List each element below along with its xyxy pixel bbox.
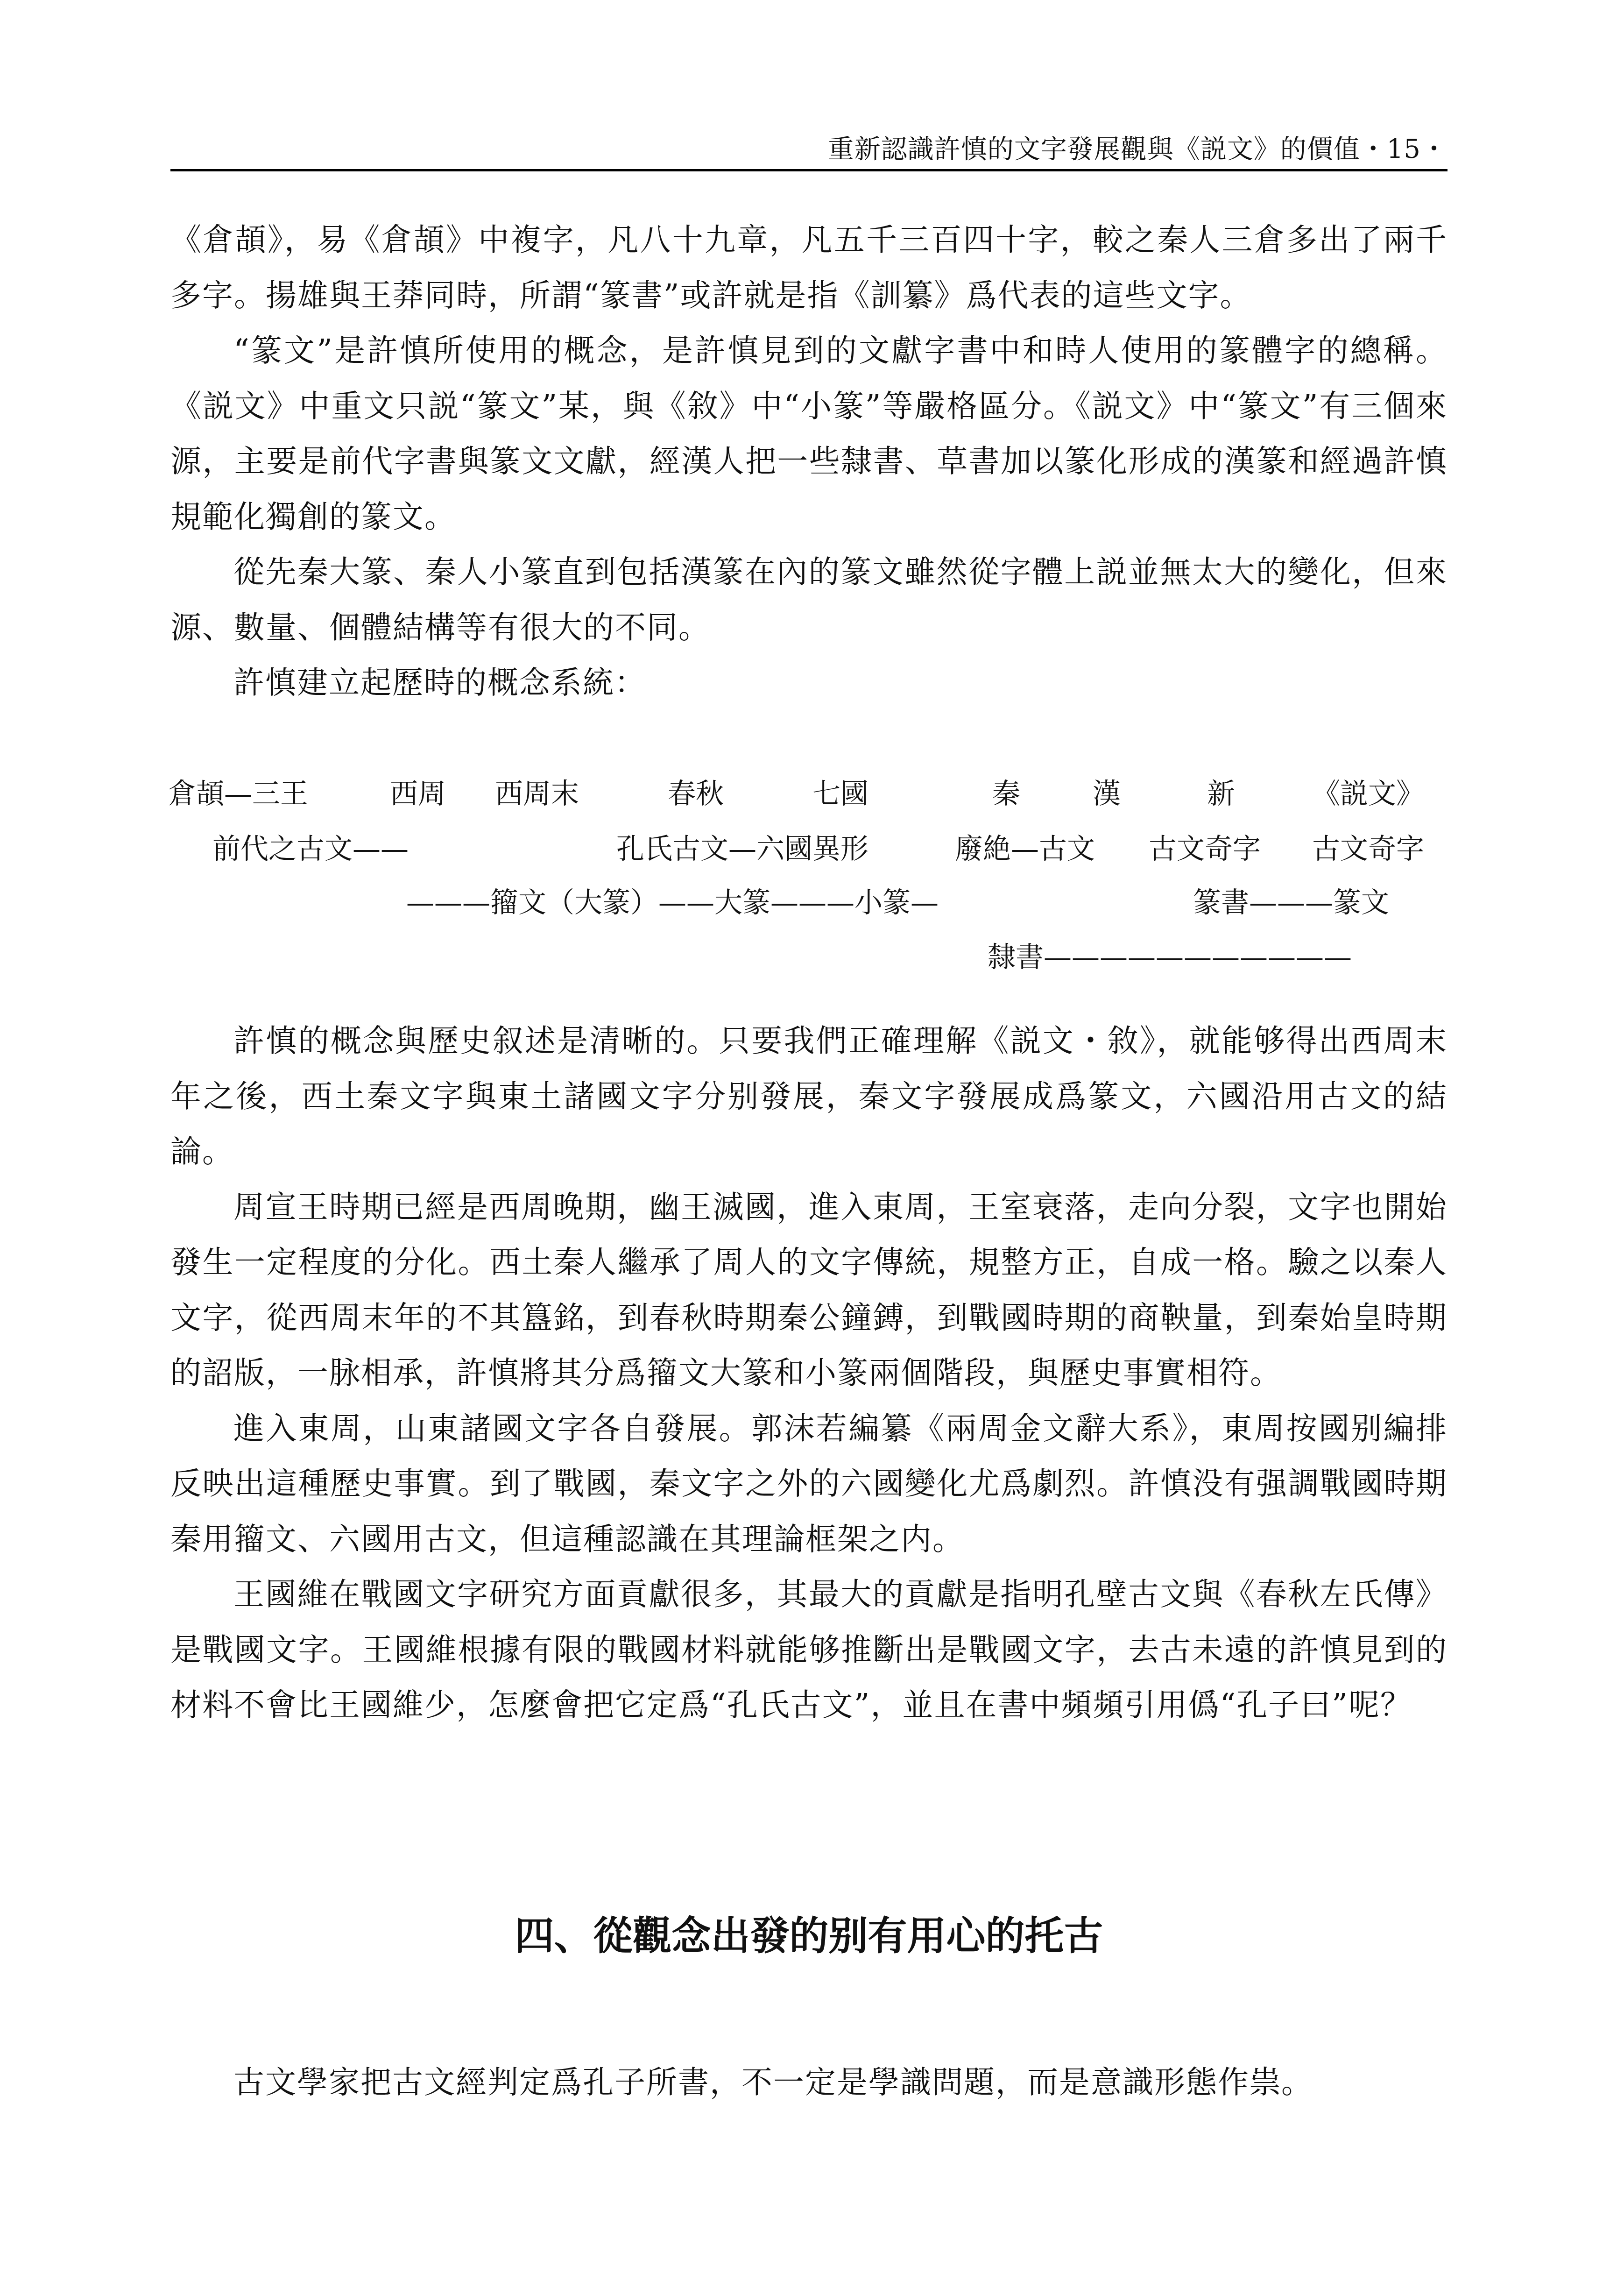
diagram-row3-item: ———籀文（大篆）——大篆———小篆— <box>406 884 939 921</box>
diagram-row1-item: 新 <box>1207 775 1235 813</box>
diagram-row1-item: 西周末 <box>495 775 579 813</box>
diagram-row2-item: 古文奇字 <box>1149 830 1261 868</box>
diagram-row4-item: 隸書——————————— <box>988 939 1352 976</box>
diagram-row1-item: 西周 <box>390 775 446 813</box>
paragraph: 進入東周，山東諸國文字各自發展。郭沫若編纂《兩周金文辭大系》，東周按國别編排反映… <box>170 1401 1447 1567</box>
diagram-row2-item: 孔氏古文—六國異形 <box>616 830 868 868</box>
diagram-row1-item: 《説文》 <box>1312 775 1424 813</box>
diagram-row2-item: 前代之古文—— <box>212 830 409 868</box>
body-top: 《倉頡》，易《倉頡》中複字，凡八十九章，凡五千三百四十字，較之秦人三倉多出了兩千… <box>170 212 1447 711</box>
running-header: 重新認識許慎的文字發展觀與《説文》的價值・15・ <box>170 131 1447 168</box>
diagram-row1-item: 倉頡—三王 <box>168 775 308 813</box>
diagram-row1-item: 春秋 <box>668 775 724 813</box>
section-first-paragraph: 古文學家把古文經判定爲孔子所書，不一定是學識問題，而是意識形態作祟。 <box>170 2055 1447 2111</box>
diagram-row1-item: 秦 <box>992 775 1020 813</box>
section-heading: 四、從觀念出發的别有用心的托古 <box>170 1908 1447 1964</box>
diagram-row1-item: 七國 <box>812 775 868 813</box>
diagram-row2-item: 廢絶—古文 <box>955 830 1095 868</box>
paragraph: 《倉頡》，易《倉頡》中複字，凡八十九章，凡五千三百四十字，較之秦人三倉多出了兩千… <box>170 212 1447 323</box>
paragraph: 從先秦大篆、秦人小篆直到包括漢篆在內的篆文雖然從字體上説並無太大的變化，但來源、… <box>170 545 1447 655</box>
paragraph: 王國維在戰國文字研究方面貢獻很多，其最大的貢獻是指明孔壁古文與《春秋左氏傳》是戰… <box>170 1567 1447 1733</box>
paragraph: 周宣王時期已經是西周晚期，幽王滅國，進入東周，王室衰落，走向分裂，文字也開始發生… <box>170 1180 1447 1401</box>
paragraph: 古文學家把古文經判定爲孔子所書，不一定是學識問題，而是意識形態作祟。 <box>170 2055 1447 2111</box>
header-rule <box>170 169 1447 171</box>
paragraph: 許慎的概念與歷史叙述是清晰的。只要我們正確理解《説文・敘》，就能够得出西周末年之… <box>170 1013 1447 1180</box>
diagram-row3-item: 篆書———篆文 <box>1193 884 1389 921</box>
paragraph: 許慎建立起歷時的概念系統： <box>170 655 1447 711</box>
running-title: 重新認識許慎的文字發展觀與《説文》的價值・15・ <box>828 134 1447 164</box>
diagram-row2-item: 古文奇字 <box>1312 830 1424 868</box>
diagram-row1-item: 漢 <box>1093 775 1121 813</box>
body-bottom: 許慎的概念與歷史叙述是清晰的。只要我們正確理解《説文・敘》，就能够得出西周末年之… <box>170 1013 1447 1733</box>
paragraph: “篆文”是許慎所使用的概念，是許慎見到的文獻字書中和時人使用的篆體字的總稱。《説… <box>170 323 1447 545</box>
